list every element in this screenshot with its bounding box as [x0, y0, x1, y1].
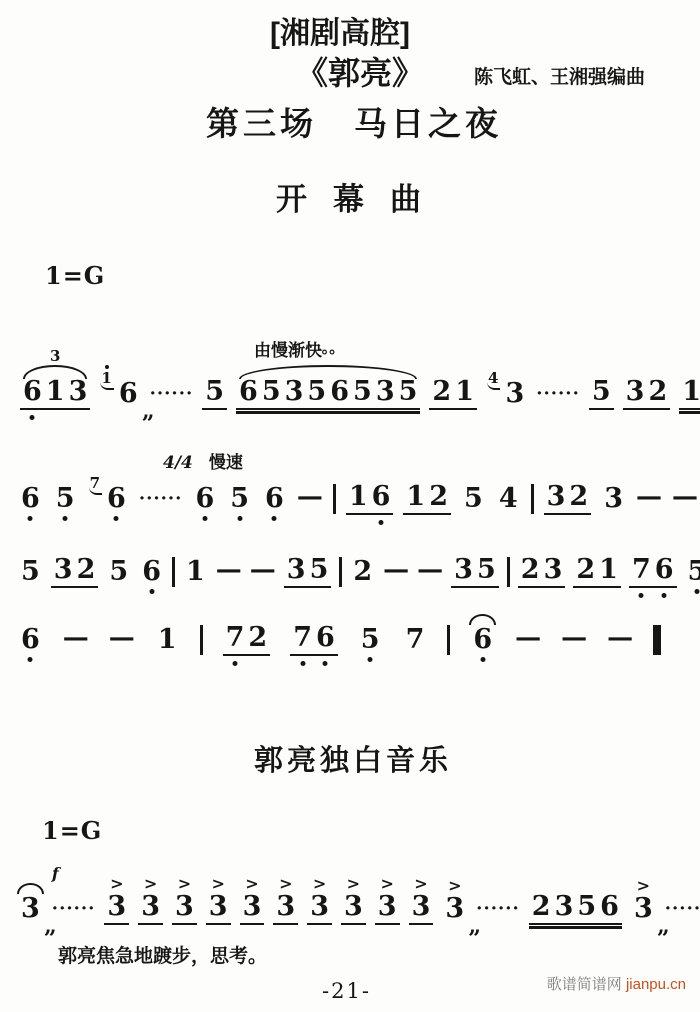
note-digit: 6	[598, 893, 621, 920]
note-cell: 3	[409, 893, 434, 925]
breath-comma: „	[469, 915, 482, 937]
note-digit: 5	[475, 556, 498, 583]
note-digit: 6	[237, 378, 260, 405]
note-digit: 2	[530, 893, 553, 920]
note-digit: 6	[314, 624, 337, 651]
note-digit: 3	[285, 556, 308, 583]
continuation-dots: ······	[476, 900, 520, 918]
note-digit: 3	[342, 893, 365, 920]
note-digit: 5	[359, 626, 382, 653]
grace-note: 7	[89, 476, 102, 495]
note-digit: 3	[67, 378, 90, 405]
note-digit: 6	[19, 626, 42, 653]
note-cell: 5	[685, 558, 700, 588]
dash-hold: —	[636, 484, 662, 510]
note-digit: 2	[574, 556, 597, 583]
note-digit: 1	[156, 626, 179, 653]
dash-hold: —	[216, 557, 242, 583]
note-digit: 3	[443, 895, 466, 922]
note-cell: 21	[429, 378, 477, 410]
dash-hold: —	[561, 625, 587, 651]
note-cell: 1	[183, 558, 208, 588]
note-cell: 6	[470, 626, 495, 656]
note-digit: 6	[653, 556, 676, 583]
note-digit: 1	[347, 483, 370, 510]
note-cell: 21	[573, 556, 621, 588]
dash-hold: —	[250, 557, 276, 583]
note-digit: 3	[173, 893, 196, 920]
note-digit: 6	[21, 378, 44, 405]
note-cell: 76	[290, 624, 338, 656]
note-digit: 3	[542, 556, 565, 583]
score-page: [湘剧高腔] 《郭亮》 陈飞虹、王湘强编曲 第三场 马日之夜 开幕曲 1=G 由…	[0, 0, 700, 1012]
note-cell: 6	[262, 485, 287, 515]
note-digit: 6	[140, 558, 163, 585]
barline	[447, 625, 450, 655]
note-digit: 2	[567, 483, 590, 510]
note-digit: 3	[503, 380, 526, 407]
note-cell: 76	[629, 556, 677, 588]
note-cell: 12	[403, 483, 451, 515]
barline	[339, 557, 342, 587]
note-cell: 32	[544, 483, 592, 515]
note-digit: 6	[105, 485, 128, 512]
note-cell: 5	[18, 558, 43, 588]
note-digit: 5	[305, 378, 328, 405]
barline	[333, 484, 336, 514]
final-barline	[653, 625, 661, 655]
grace-note: 4	[487, 371, 500, 390]
note-cell: 3	[104, 893, 129, 925]
note-digit: 5	[397, 378, 420, 405]
note-digit: 5	[19, 558, 42, 585]
music-line-5: f3„······33333333333„······23563„······	[18, 893, 700, 925]
note-cell: 5	[227, 485, 252, 515]
note-digit: 5	[590, 378, 613, 405]
time-signature: 4/4	[163, 453, 193, 473]
music-line-4: 6——17276576———	[18, 624, 661, 656]
note-cell: 3	[240, 893, 265, 925]
note-digit: 6	[19, 485, 42, 512]
note-cell: 3	[138, 893, 163, 925]
barline	[200, 625, 203, 655]
note-cell: 3613	[20, 378, 90, 410]
note-digit: 5	[575, 893, 598, 920]
notation-mark: f	[52, 866, 59, 882]
note-cell: 4	[496, 485, 521, 515]
note-cell: 3	[341, 893, 366, 925]
section-title-monologue: 郭亮独白音乐	[254, 738, 452, 779]
note-cell: 2356	[529, 893, 622, 925]
dash-hold: —	[515, 625, 541, 651]
note-digit: 3	[207, 893, 230, 920]
note-cell: 32	[623, 378, 671, 410]
page-number: -21-	[322, 979, 371, 1003]
note-cell: 3	[375, 893, 400, 925]
note-cell: 3	[273, 893, 298, 925]
dash-hold: —	[607, 625, 633, 651]
note-cell: 3„	[442, 895, 467, 925]
note-cell: 7	[403, 626, 428, 656]
note-cell: 16	[346, 483, 394, 515]
note-digit: 5	[228, 485, 251, 512]
note-digit: 1	[597, 556, 620, 583]
note-cell: 32	[51, 556, 99, 588]
notation-mark: 3	[50, 349, 60, 364]
note-cell: 1321	[679, 378, 700, 410]
note-digit: 3	[52, 556, 75, 583]
barline	[172, 557, 175, 587]
dash-hold: —	[109, 625, 135, 651]
note-digit: 5	[462, 485, 485, 512]
note-digit: 7	[291, 624, 314, 651]
breath-comma: „	[44, 915, 57, 937]
note-digit: 3	[241, 893, 264, 920]
note-digit: 3	[19, 895, 42, 922]
note-cell: 3	[172, 893, 197, 925]
note-cell: 6	[18, 485, 43, 515]
note-digit: 3	[105, 893, 128, 920]
note-digit: 6	[263, 485, 286, 512]
work-title: 《郭亮》	[296, 48, 424, 94]
section-title-opening: 开幕曲	[276, 174, 447, 219]
note-digit: 3	[410, 893, 433, 920]
note-digit: 7	[630, 556, 653, 583]
note-cell: 5	[53, 485, 78, 515]
note-digit: 6	[370, 483, 393, 510]
note-digit: 5	[203, 378, 226, 405]
note-cell: 6	[18, 626, 43, 656]
note-digit: 3	[545, 483, 568, 510]
note-cell: 5	[589, 378, 614, 410]
note-digit: 2	[430, 378, 453, 405]
note-digit: 6	[117, 380, 140, 407]
continuation-dots: ······	[665, 900, 700, 918]
scene-title: 第三场 马日之夜	[206, 98, 502, 145]
note-digit: 3	[602, 485, 625, 512]
dash-hold: —	[672, 484, 698, 510]
note-cell: 23	[518, 556, 566, 588]
note-digit: 3	[374, 378, 397, 405]
note-cell: 76	[88, 485, 129, 515]
note-digit: 3	[283, 378, 306, 405]
breath-comma: „	[657, 915, 670, 937]
note-cell: 3	[307, 893, 332, 925]
note-digit: 2	[75, 556, 98, 583]
note-digit: 5	[686, 558, 700, 585]
note-cell: 35	[451, 556, 499, 588]
note-digit: 3	[308, 893, 331, 920]
music-line-1: 361316„······5°°653565352143······532132…	[20, 378, 700, 410]
barline	[507, 557, 510, 587]
notation-mark: °°	[321, 349, 336, 364]
note-digit: 3	[452, 556, 475, 583]
note-cell: 5	[106, 558, 131, 588]
watermark-domain: jianpu.cn	[626, 976, 686, 993]
note-digit: 3	[274, 893, 297, 920]
watermark: 歌谱简谱网 jianpu.cn	[547, 973, 686, 994]
key-signature-opening: 1=G	[45, 261, 105, 290]
note-digit: 3	[553, 893, 576, 920]
note-digit: 2	[646, 378, 669, 405]
note-cell: 3	[601, 485, 626, 515]
music-line-2: 6576······656—161254323——	[18, 483, 700, 515]
watermark-site-name: 歌谱简谱网	[547, 976, 622, 993]
continuation-dots: ······	[150, 385, 194, 403]
note-digit: 5	[308, 556, 331, 583]
composer-credit: 陈飞虹、王湘强编曲	[474, 62, 645, 89]
note-digit: 7	[224, 624, 247, 651]
continuation-dots: ······	[139, 490, 183, 508]
note-cell: 1	[155, 626, 180, 656]
continuation-dots: ······	[536, 385, 580, 403]
note-digit: 6	[328, 378, 351, 405]
barline	[531, 484, 534, 514]
note-digit: 5	[54, 485, 77, 512]
note-cell: 6	[192, 485, 217, 515]
tempo-accel-label: 由慢渐快	[254, 336, 322, 361]
note-digit: 1	[184, 558, 207, 585]
note-cell: 43	[486, 380, 527, 410]
note-cell: 3	[206, 893, 231, 925]
note-digit: 3	[624, 378, 647, 405]
note-digit: 1	[680, 378, 700, 405]
note-digit: 1	[404, 483, 427, 510]
note-digit: 2	[246, 624, 269, 651]
note-digit: 5	[260, 378, 283, 405]
note-cell: 6	[139, 558, 164, 588]
note-cell: 35	[284, 556, 332, 588]
note-digit: 2	[427, 483, 450, 510]
continuation-dots: ······	[52, 900, 96, 918]
dash-hold: —	[63, 625, 89, 651]
note-cell: °°65356535	[236, 378, 420, 410]
note-digit: 2	[519, 556, 542, 583]
music-line-3: 532561——352——352321765	[18, 556, 700, 588]
note-cell: 5	[202, 378, 227, 410]
dash-hold: —	[383, 557, 409, 583]
dash-hold: —	[297, 484, 323, 510]
note-cell: 5	[461, 485, 486, 515]
note-digit: 1	[453, 378, 476, 405]
note-digit: 2	[351, 558, 374, 585]
note-cell: 16„	[99, 380, 140, 410]
note-digit: 4	[497, 485, 520, 512]
stage-direction-caption: 郭亮焦急地踱步，思考。	[58, 941, 267, 968]
note-cell: 3„	[631, 895, 656, 925]
note-digit: 6	[471, 626, 494, 653]
tempo-label: 慢速	[209, 453, 243, 472]
note-digit: 7	[404, 626, 427, 653]
genre-label: [湘剧高腔]	[270, 8, 410, 52]
note-cell: 2	[350, 558, 375, 588]
time-signature-tempo: 4/4慢速	[163, 448, 243, 473]
grace-note: 1	[100, 371, 113, 390]
note-digit: 5	[351, 378, 374, 405]
note-digit: 3	[376, 893, 399, 920]
note-digit: 3	[139, 893, 162, 920]
note-digit: 5	[107, 558, 130, 585]
note-cell: 5	[358, 626, 383, 656]
breath-comma: „	[142, 400, 155, 422]
note-digit: 3	[632, 895, 655, 922]
note-cell: 72	[223, 624, 271, 656]
note-digit: 1	[44, 378, 67, 405]
note-digit: 6	[193, 485, 216, 512]
dash-hold: —	[417, 557, 443, 583]
note-cell: f3„	[18, 895, 43, 925]
key-signature-monologue: 1=G	[42, 816, 102, 845]
